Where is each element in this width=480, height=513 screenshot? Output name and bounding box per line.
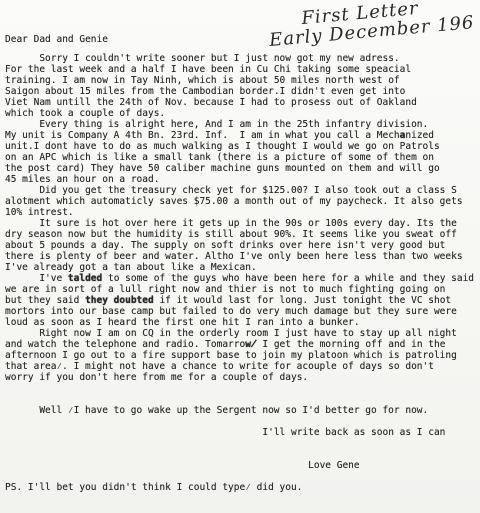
- letter-line: [5, 471, 480, 482]
- typed-letter: Dear Dad and Genie Sorry I couldn't writ…: [5, 34, 480, 493]
- letter-line: I've talded to some of the guys who have…: [5, 273, 480, 284]
- letter-line: and watch the telephone and radio. Tomar…: [5, 339, 480, 350]
- letter-line: 45 miles an hour on a road.: [5, 174, 480, 185]
- letter-line: It sure is hot over here it gets up in t…: [5, 218, 480, 229]
- letter-line: I'll write back as soon as I can: [5, 427, 480, 438]
- letter-line: training. I am now in Tay Ninh, which is…: [5, 75, 480, 86]
- letter-line: loud as soon as I heard the first one hi…: [5, 317, 480, 328]
- letter-line: [5, 383, 480, 394]
- letter-line: but they said they doubted if it would l…: [5, 295, 480, 306]
- letter-scan: First Letter Early December 196 Dear Dad…: [0, 0, 480, 513]
- letter-line: Sorry I couldn't write sooner but I just…: [5, 53, 480, 64]
- letter-line: My unit is Company A 4th Bn. 23rd. Inf. …: [5, 130, 480, 141]
- letter-line: 10% intrest.: [5, 207, 480, 218]
- letter-body: Sorry I couldn't write sooner but I just…: [5, 53, 480, 493]
- letter-line: [5, 416, 480, 427]
- letter-line: alotment which automaticly saves $75.00 …: [5, 196, 480, 207]
- letter-line: I've already got a tan about like a Mexi…: [5, 262, 480, 273]
- letter-line: we are in sort of a lull right now and t…: [5, 284, 480, 295]
- letter-line: Right now I am on CQ in the orderly room…: [5, 328, 480, 339]
- letter-line: that area⁄. I might not have a chance to…: [5, 361, 480, 372]
- letter-line: Well ⁄I have to go wake up the Sergent n…: [5, 405, 480, 416]
- letter-line: unit.I dont have to do as much walking a…: [5, 141, 480, 152]
- letter-line: [5, 449, 480, 460]
- letter-line: on an APC which is like a small tank (th…: [5, 152, 480, 163]
- letter-line: PS. I'll bet you didn't think I could ty…: [5, 482, 480, 493]
- letter-line: Did you get the treasury check yet for $…: [5, 185, 480, 196]
- letter-line: For the last week and a half I have been…: [5, 64, 480, 75]
- letter-line: about 5 pounds a day. The supply on soft…: [5, 240, 480, 251]
- letter-line: which took a couple of days.: [5, 108, 480, 119]
- letter-line: there is plenty of beer and water. Altho…: [5, 251, 480, 262]
- letter-line: Saigon about 15 miles from the Cambodian…: [5, 86, 480, 97]
- letter-line: [5, 438, 480, 449]
- letter-line: Viet Nam untill the 24th of Nov. because…: [5, 97, 480, 108]
- letter-line: Every thing is alright here, And I am in…: [5, 119, 480, 130]
- salutation: Dear Dad and Genie: [5, 34, 480, 45]
- letter-line: worry if you don't here from me for a co…: [5, 372, 480, 383]
- letter-line: the post card) They have 50 caliber mach…: [5, 163, 480, 174]
- letter-line: Love Gene: [5, 460, 480, 471]
- letter-line: dry season now but the humidity is still…: [5, 229, 480, 240]
- letter-line: mortors into our base camp but failed to…: [5, 306, 480, 317]
- letter-line: afternoon I go out to a fire support bas…: [5, 350, 480, 361]
- letter-line: [5, 394, 480, 405]
